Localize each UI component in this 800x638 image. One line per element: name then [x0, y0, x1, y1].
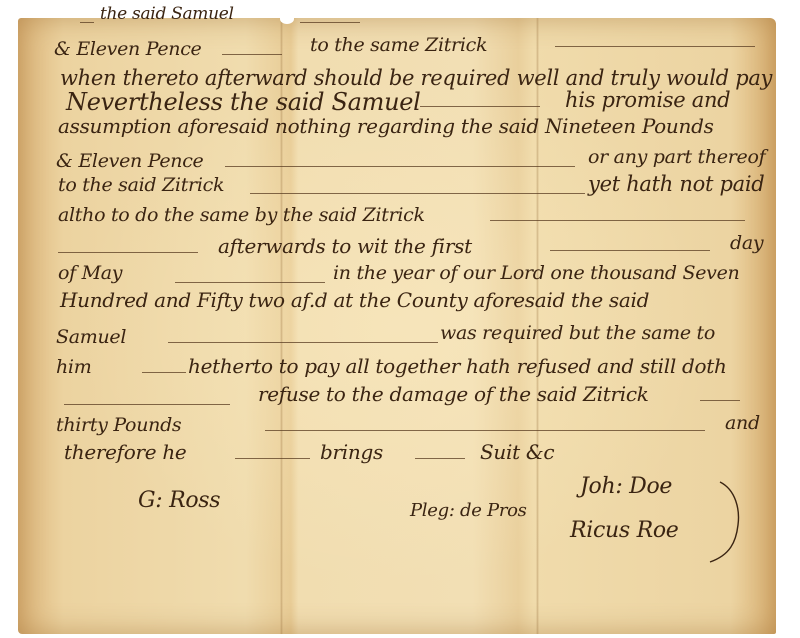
text-line: therefore he: [64, 440, 186, 464]
fill-rule: [64, 404, 230, 405]
signature-john-doe: Joh: Doe: [580, 474, 672, 499]
dash: [80, 22, 94, 23]
text-line: Hundred and Fifty two af.d at the County…: [60, 288, 649, 312]
text-line: thirty Pounds: [56, 414, 181, 436]
pledges-label: Pleg: de Pros: [410, 500, 527, 521]
text-line: & Eleven Pence: [56, 150, 204, 172]
text-line: hetherto to pay all together hath refuse…: [188, 354, 727, 378]
text-line: to the same Zitrick: [310, 34, 487, 56]
fill-rule: [550, 250, 710, 251]
dash: [300, 22, 360, 23]
text-line: yet hath not paid: [588, 172, 764, 196]
text-line: Suit &c: [480, 440, 554, 464]
fill-rule: [58, 252, 198, 253]
text-line: day: [730, 232, 763, 254]
fill-rule: [420, 106, 540, 107]
fill-rule: [700, 400, 740, 401]
text-line: when thereto afterward should be require…: [60, 66, 772, 90]
text-line: to the said Zitrick: [58, 174, 224, 196]
text-line: altho to do the same by the said Zitrick: [58, 204, 425, 226]
fill-rule: [142, 372, 186, 373]
signature-g-ross: G: Ross: [138, 488, 220, 513]
fill-rule: [415, 458, 465, 459]
text-line: the said Samuel: [100, 4, 234, 24]
fill-rule: [168, 342, 438, 343]
text-line: Nevertheless the said Samuel: [66, 88, 421, 116]
fill-rule: [235, 458, 310, 459]
text-line: & Eleven Pence: [54, 38, 202, 60]
fill-rule: [555, 46, 755, 47]
fill-rule: [222, 54, 282, 55]
paper-tear: [280, 14, 294, 24]
fill-rule: [490, 220, 745, 221]
text-line: Samuel: [56, 326, 126, 348]
text-line: or any part thereof: [588, 146, 765, 168]
signature-richard-roe: Ricus Roe: [570, 518, 679, 543]
text-line: afterwards to wit the first: [218, 234, 472, 258]
brace-flourish-icon: [700, 480, 760, 570]
fill-rule: [265, 430, 705, 431]
text-line: of May: [58, 262, 122, 284]
text-line: was required but the same to: [440, 322, 715, 344]
text-line: refuse to the damage of the said Zitrick: [258, 382, 649, 406]
fill-rule: [175, 282, 325, 283]
text-line: assumption aforesaid nothing regarding t…: [58, 114, 714, 138]
text-line: brings: [320, 440, 383, 464]
text-line: and: [725, 412, 760, 434]
text-line: in the year of our Lord one thousand Sev…: [333, 262, 740, 284]
text-line: him: [56, 356, 91, 378]
fill-rule: [250, 193, 585, 194]
fill-rule: [225, 166, 575, 167]
text-line: his promise and: [565, 88, 730, 112]
